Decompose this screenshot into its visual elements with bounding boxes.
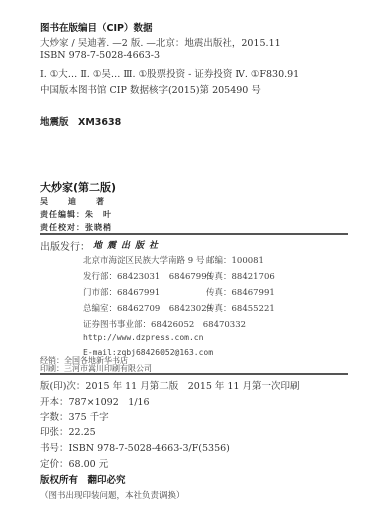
edition-format: 开本：787×1092 1/16	[40, 394, 150, 408]
editorial-office: 总编室：68462709 68423029	[83, 302, 212, 314]
divider	[40, 233, 348, 235]
publisher-label: 出版发行：	[40, 238, 90, 253]
publisher-name: 地震出版社	[93, 238, 163, 251]
proofreader: 责任校对：张晓梢	[40, 222, 112, 233]
cip-line: 大炒家 / 吴迪著. —2 版. —北京：地震出版社，2015.11	[40, 35, 281, 49]
sales-fax: 传真：88421706	[206, 270, 275, 282]
cip-title: 图书在版编目（CIP）数据	[40, 20, 152, 34]
editor: 责任编辑：朱 叶	[40, 209, 112, 220]
book-title: 大炒家(第二版)	[40, 179, 116, 195]
edition-version: 版(印)次：2015 年 11 月第二版 2015 年 11 月第一次印刷	[40, 378, 300, 392]
edition-isbn: 书号：ISBN 978-7-5028-4663-3/F(5356)	[40, 440, 230, 454]
cip-number: 中国版本图书馆 CIP 数据核字(2015)第 205490 号	[40, 82, 261, 96]
postcode: 邮编：100081	[206, 254, 264, 266]
edition-price: 定价：68.00 元	[40, 456, 108, 470]
copyright-notice: 版权所有 翻印必究	[40, 472, 126, 486]
store-dept: 门市部：68467991	[83, 286, 160, 298]
website-link[interactable]: http://www.dzpress.com.cn	[83, 333, 203, 342]
cip-isbn: ISBN 978-7-5028-4663-3	[40, 50, 160, 61]
editorial-fax: 传真：68455221	[206, 302, 275, 314]
store-fax: 传真：68467991	[206, 286, 275, 298]
cip-classification: Ⅰ. ①大… Ⅱ. ①吴… Ⅲ. ①股票投资 - 证券投资 Ⅳ. ①F830.9…	[40, 66, 299, 80]
edition-words: 字数：375 千字	[40, 409, 109, 423]
address: 北京市海淀区民族大学南路 9 号	[83, 254, 204, 266]
edition-sheets: 印张：22.25	[40, 424, 96, 438]
securities-dept: 证券图书事业部：68426052 68470332	[83, 318, 246, 330]
sales-dept: 发行部：68423031 68467993	[83, 270, 212, 282]
return-note: （图书出现印装问题，本社负责调换）	[40, 489, 185, 501]
publisher-code: 地震版 XM3638	[40, 114, 121, 128]
divider	[40, 373, 348, 375]
author: 吴 迪 著	[40, 196, 110, 207]
